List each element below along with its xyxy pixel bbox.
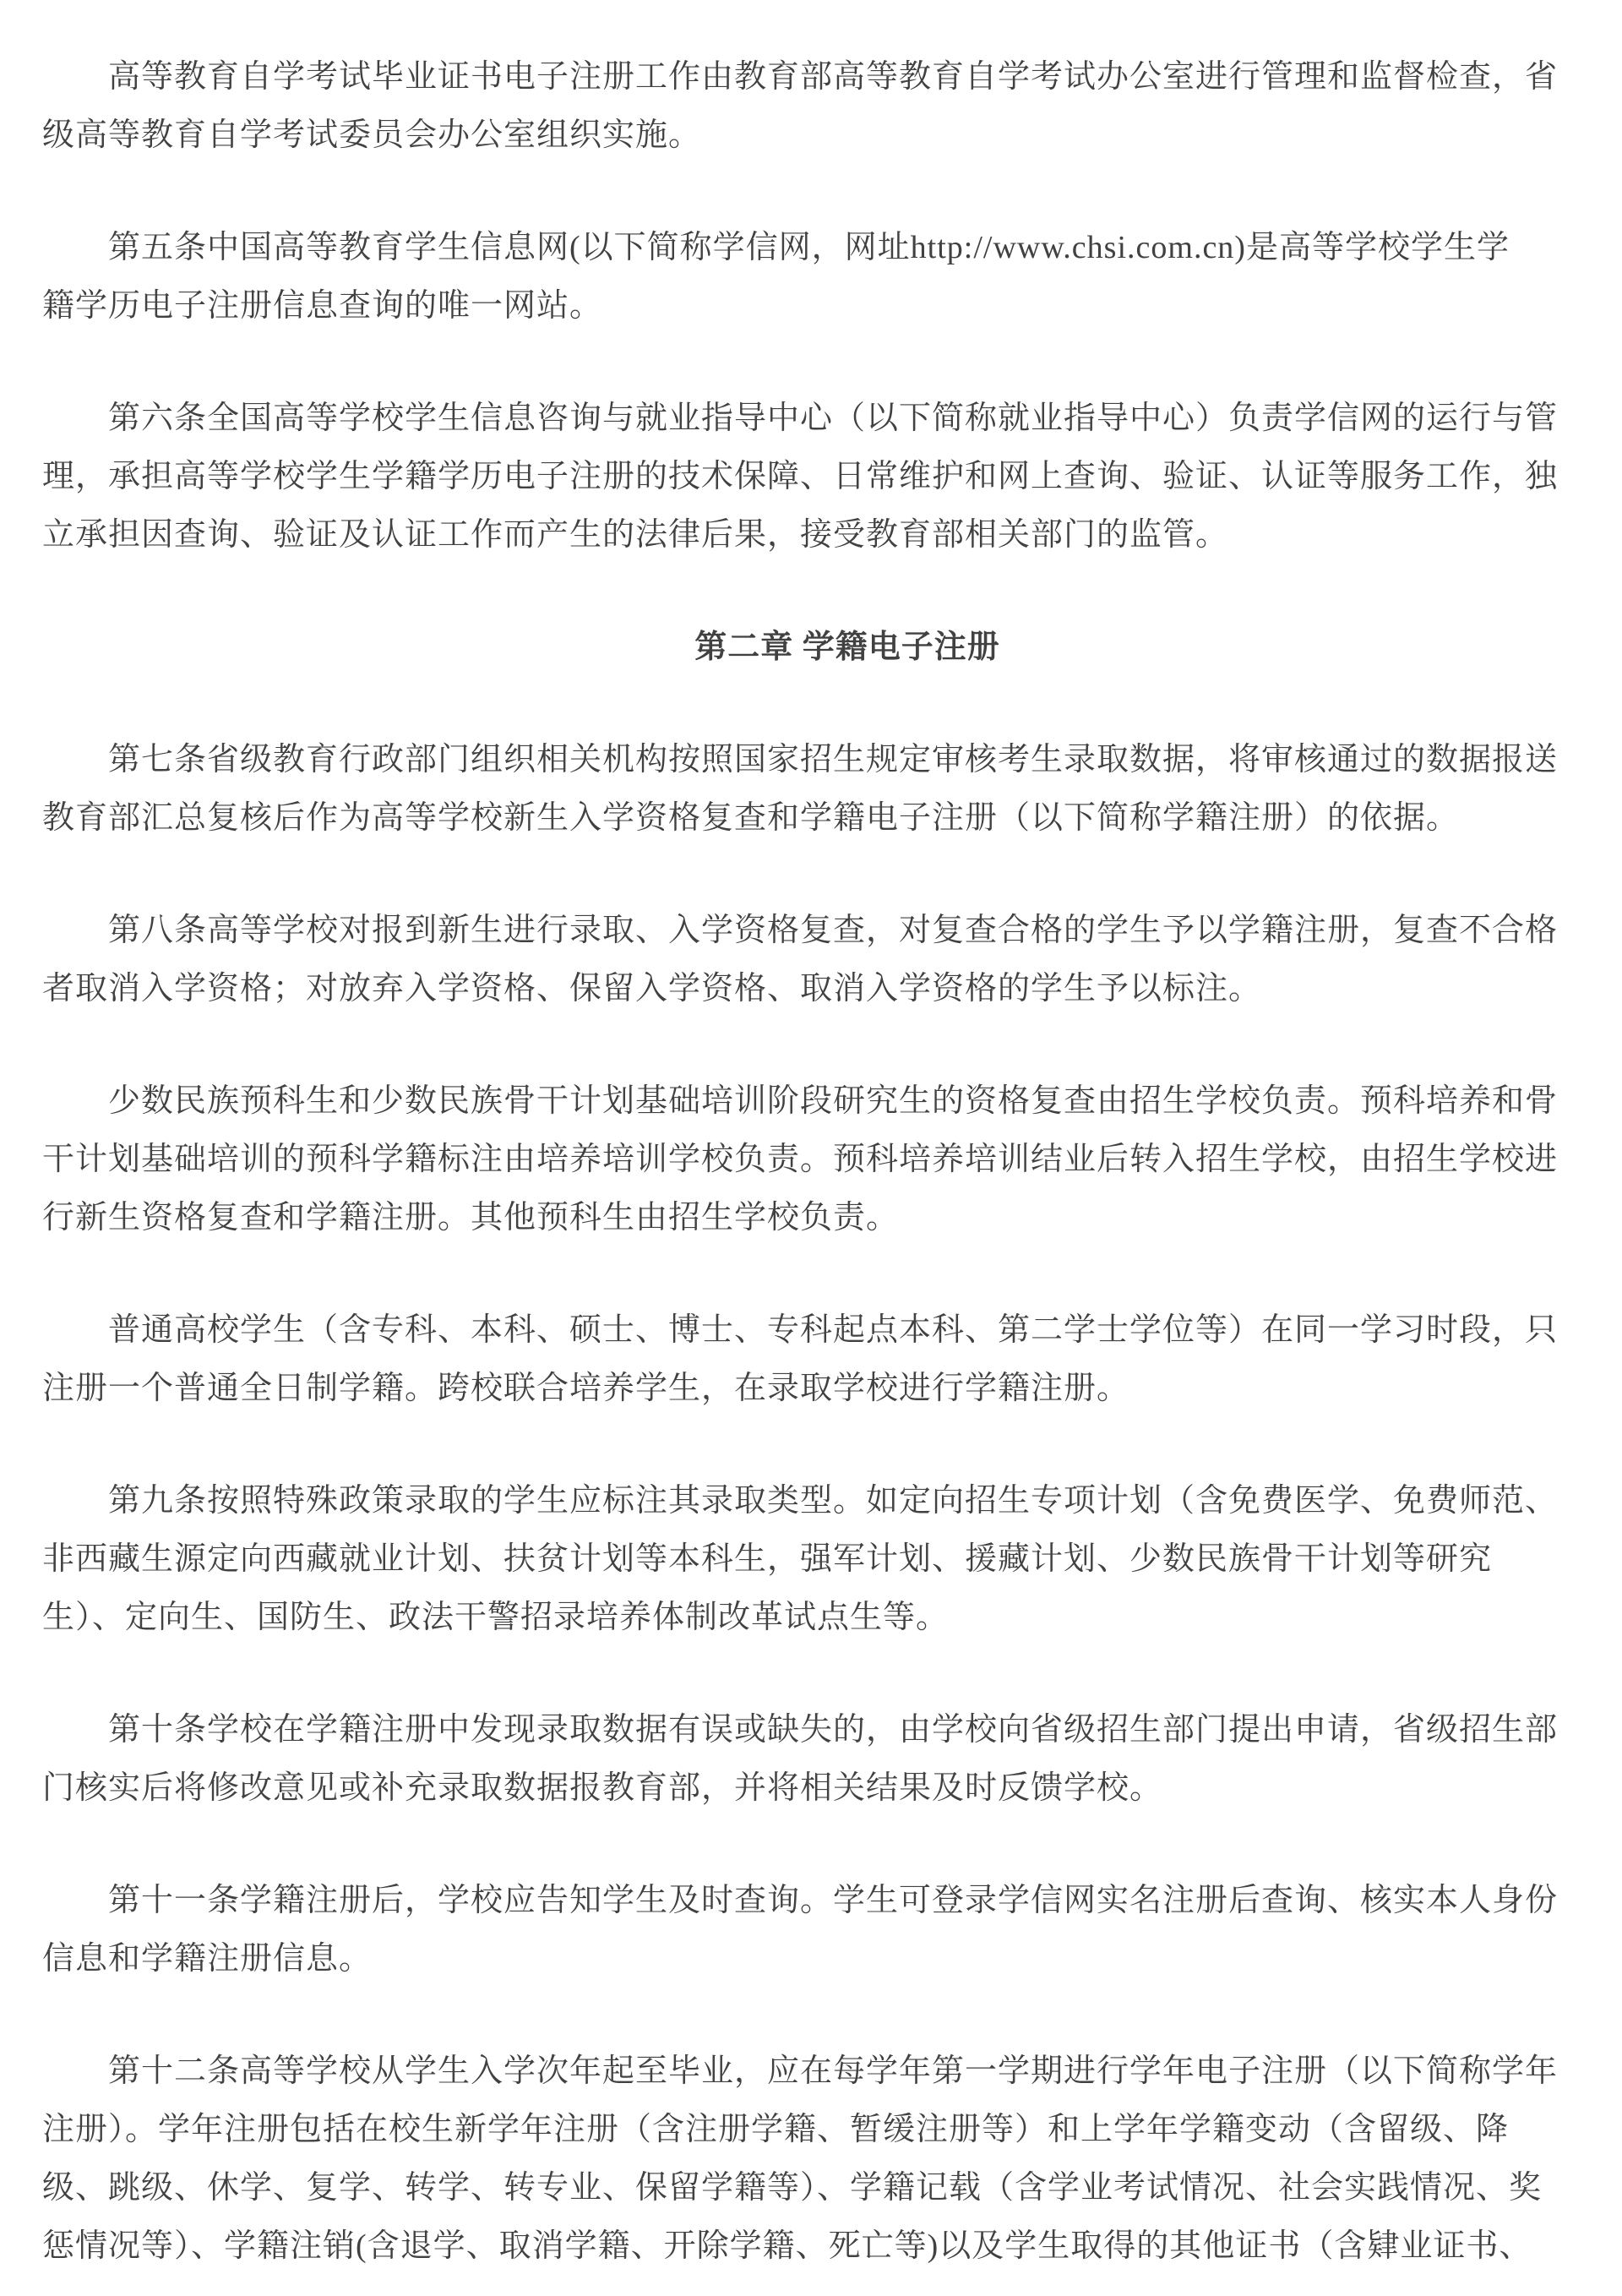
- text-line: 第八条高等学校对报到新生进行录取、入学资格复查，对复查合格的学生予以学籍注册，复…: [42, 902, 1581, 960]
- text-line: 注册）。学年注册包括在校生新学年注册（含注册学籍、暂缓注册等）和上学年学籍变动（…: [42, 2101, 1581, 2159]
- document-content: 高等教育自学考试毕业证书电子注册工作由教育部高等教育自学考试办公室进行管理和监督…: [42, 48, 1581, 2276]
- text-line: 少数民族预科生和少数民族骨干计划基础培训阶段研究生的资格复查由招生学校负责。预科…: [42, 1072, 1581, 1131]
- text-line: 普通高校学生（含专科、本科、硕士、博士、专科起点本科、第二学士学位等）在同一学习…: [42, 1301, 1581, 1360]
- document-page: 高等教育自学考试毕业证书电子注册工作由教育部高等教育自学考试办公室进行管理和监督…: [0, 0, 1622, 2296]
- paragraph: 第十一条学籍注册后，学校应告知学生及时查询。学生可登录学信网实名注册后查询、核实…: [42, 1872, 1581, 1988]
- paragraph: 第八条高等学校对报到新生进行录取、入学资格复查，对复查合格的学生予以学籍注册，复…: [42, 902, 1581, 1018]
- text-line: 信息和学籍注册信息。: [42, 1930, 1581, 1988]
- text-line: 第十二条高等学校从学生入学次年起至毕业，应在每学年第一学期进行学年电子注册（以下…: [42, 2042, 1581, 2101]
- text-line: 干计划基础培训的预科学籍标注由培养培训学校负责。预科培养培训结业后转入招生学校，…: [42, 1131, 1581, 1189]
- paragraph: 高等教育自学考试毕业证书电子注册工作由教育部高等教育自学考试办公室进行管理和监督…: [42, 48, 1581, 165]
- text-line: 生）、定向生、国防生、政法干警招录培养体制改革试点生等。: [42, 1589, 1581, 1647]
- text-line: 惩情况等）、学籍注销(含退学、取消学籍、开除学籍、死亡等)以及学生取得的其他证书…: [42, 2217, 1581, 2276]
- text-line: 第七条省级教育行政部门组织相关机构按照国家招生规定审核考生录取数据，将审核通过的…: [42, 731, 1581, 789]
- paragraph: 普通高校学生（含专科、本科、硕士、博士、专科起点本科、第二学士学位等）在同一学习…: [42, 1301, 1581, 1418]
- text-line: 第十一条学籍注册后，学校应告知学生及时查询。学生可登录学信网实名注册后查询、核实…: [42, 1872, 1581, 1930]
- text-line: 第五条中国高等教育学生信息网(以下简称学信网，网址http://www.chsi…: [42, 219, 1581, 277]
- text-line: 教育部汇总复核后作为高等学校新生入学资格复查和学籍电子注册（以下简称学籍注册）的…: [42, 789, 1581, 848]
- paragraph: 少数民族预科生和少数民族骨干计划基础培训阶段研究生的资格复查由招生学校负责。预科…: [42, 1072, 1581, 1247]
- text-line: 籍学历电子注册信息查询的唯一网站。: [42, 277, 1581, 335]
- paragraph: 第七条省级教育行政部门组织相关机构按照国家招生规定审核考生录取数据，将审核通过的…: [42, 731, 1581, 848]
- text-line: 理，承担高等学校学生学籍学历电子注册的技术保障、日常维护和网上查询、验证、认证等…: [42, 448, 1581, 506]
- text-line: 第九条按照特殊政策录取的学生应标注其录取类型。如定向招生专项计划（含免费医学、免…: [42, 1472, 1581, 1530]
- text-line: 注册一个普通全日制学籍。跨校联合培养学生，在录取学校进行学籍注册。: [42, 1360, 1581, 1418]
- text-line: 第六条全国高等学校学生信息咨询与就业指导中心（以下简称就业指导中心）负责学信网的…: [42, 390, 1581, 448]
- paragraph: 第十二条高等学校从学生入学次年起至毕业，应在每学年第一学期进行学年电子注册（以下…: [42, 2042, 1581, 2276]
- text-line: 立承担因查询、验证及认证工作而产生的法律后果，接受教育部相关部门的监管。: [42, 506, 1581, 564]
- text-line: 门核实后将修改意见或补充录取数据报教育部，并将相关结果及时反馈学校。: [42, 1759, 1581, 1818]
- paragraph: 第五条中国高等教育学生信息网(以下简称学信网，网址http://www.chsi…: [42, 219, 1581, 335]
- chapter-heading: 第二章 学籍电子注册: [42, 619, 1581, 677]
- text-line: 非西藏生源定向西藏就业计划、扶贫计划等本科生，强军计划、援藏计划、少数民族骨干计…: [42, 1530, 1581, 1589]
- text-line: 级、跳级、休学、复学、转学、转专业、保留学籍等）、学籍记载（含学业考试情况、社会…: [42, 2159, 1581, 2217]
- text-line: 高等教育自学考试毕业证书电子注册工作由教育部高等教育自学考试办公室进行管理和监督…: [42, 48, 1581, 106]
- text-line: 行新生资格复查和学籍注册。其他预科生由招生学校负责。: [42, 1189, 1581, 1247]
- text-line: 级高等教育自学考试委员会办公室组织实施。: [42, 106, 1581, 165]
- text-line: 者取消入学资格；对放弃入学资格、保留入学资格、取消入学资格的学生予以标注。: [42, 960, 1581, 1018]
- paragraph: 第六条全国高等学校学生信息咨询与就业指导中心（以下简称就业指导中心）负责学信网的…: [42, 390, 1581, 564]
- paragraph: 第九条按照特殊政策录取的学生应标注其录取类型。如定向招生专项计划（含免费医学、免…: [42, 1472, 1581, 1647]
- paragraph: 第十条学校在学籍注册中发现录取数据有误或缺失的，由学校向省级招生部门提出申请，省…: [42, 1701, 1581, 1818]
- text-line: 第十条学校在学籍注册中发现录取数据有误或缺失的，由学校向省级招生部门提出申请，省…: [42, 1701, 1581, 1759]
